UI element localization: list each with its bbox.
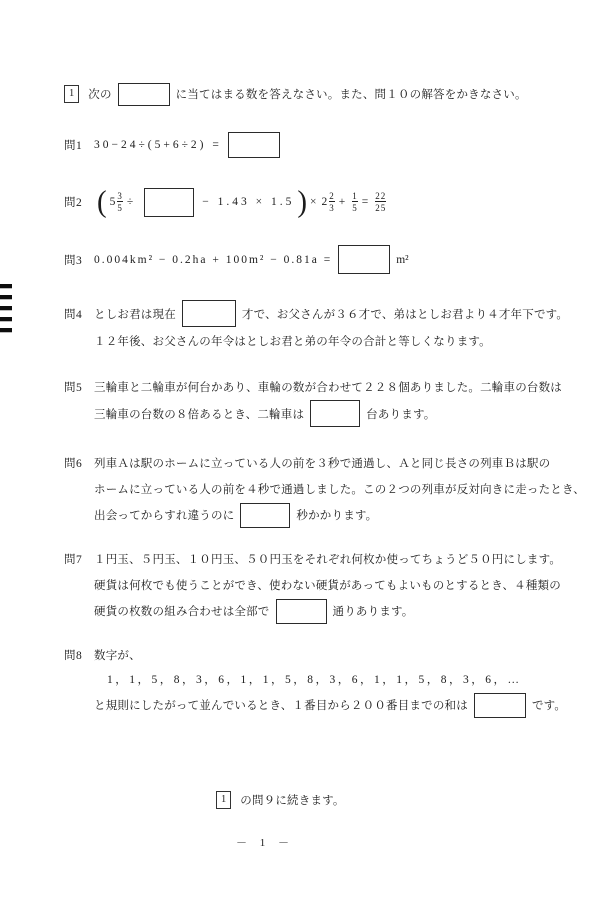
problem-line: 問7 １円玉、５円玉、１０円玉、５０円玉をそれぞれ何枚か使ってちょうど５０円にし… <box>64 546 590 572</box>
q8-number-sequence: 1，1，5，8，3，6，1，1，5，8，3，6，1，1，5，8，3，6，… <box>107 671 522 687</box>
continuation-text: の問９に続きます。 <box>240 792 344 808</box>
problem-label: 問2 <box>64 194 94 210</box>
problem-line: 出会ってからすれ違うのに 秒かかります。 <box>64 502 590 528</box>
problem-line: 問4 としお君は現在 才で、お父さんが３６才で、弟はとしお君より４才年下です。 <box>64 300 590 327</box>
q4-text-before-box: としお君は現在 <box>94 306 176 322</box>
answer-box-q5 <box>310 400 360 427</box>
q1-expression: 30−24÷(5+6÷2) = <box>94 139 222 151</box>
continuation-note: 1 の問９に続きます。 <box>216 791 345 809</box>
close-paren: ) <box>297 187 307 217</box>
q5-text-line1: 三輪車と二輪車が何台かあり、車輪の数が合わせて２２８個ありました。二輪車の台数は <box>94 379 562 395</box>
q6-text-line2: ホームに立っている人の前を４秒で通過しました。この２つの列車が反対向きに走ったと… <box>94 481 585 497</box>
problem-label: 問8 <box>64 647 94 663</box>
numerator: 22 <box>375 191 386 201</box>
problem-line: 硬貨の枚数の組み合わせは全部で 通りあります。 <box>64 598 590 624</box>
mixed-number: 2 2 3 <box>322 191 337 214</box>
problem-label: 問5 <box>64 379 94 395</box>
q8-text-line1: 数字が、 <box>94 647 141 663</box>
problem-label: 問1 <box>64 137 94 153</box>
q7-text-line1: １円玉、５円玉、１０円玉、５０円玉をそれぞれ何枚か使ってちょうど５０円にします。 <box>94 551 561 567</box>
exam-page: 1 次の に当てはまる数を答えなさい。また、問１０の解答をかきなさい。 問1 3… <box>0 0 600 900</box>
numerator: 3 <box>117 191 123 201</box>
problem-q8: 問8 数字が、 1，1，5，8，3，6，1，1，5，8，3，6，1，1，5，8，… <box>64 643 590 719</box>
problem-q7: 問7 １円玉、５円玉、１０円玉、５０円玉をそれぞれ何枚か使ってちょうど５０円にし… <box>64 546 590 624</box>
problem-label: 問4 <box>64 306 94 322</box>
problem-line: と規則にしたがって並んでいるとき、１番目から２００番目までの和は です。 <box>64 691 590 719</box>
fraction: 1 5 <box>352 191 358 214</box>
header-text-before: 次の <box>88 86 111 102</box>
page-number: － 1 － <box>0 834 530 850</box>
binding-mark-bar <box>0 284 12 288</box>
mixed-number: 5 3 5 <box>110 191 125 214</box>
binding-mark-bar <box>0 306 12 310</box>
answer-box-q8 <box>474 693 526 718</box>
problem-q2: 問2 ( 5 3 5 ÷ − 1.43 × 1.5 ) × 2 2 3 + <box>64 184 590 220</box>
problem-q6: 問6 列車Ａは駅のホームに立っている人の前を３秒で通過し、Ａと同じ長さの列車Ｂは… <box>64 450 590 528</box>
answer-box-q1 <box>228 132 280 158</box>
q6-text-line1: 列車Ａは駅のホームに立っている人の前を３秒で通過し、Ａと同じ長さの列車Ｂは駅の <box>94 455 550 471</box>
problem-label: 問3 <box>64 252 94 268</box>
problem-line: 1，1，5，8，3，6，1，1，5，8，3，6，1，1，5，8，3，6，… <box>64 667 590 691</box>
q3-expression: 0.004km² − 0.2ha + 100m² − 0.81a = <box>94 254 332 266</box>
q8-text-before-box: と規則にしたがって並んでいるとき、１番目から２００番目までの和は <box>94 697 468 713</box>
problem-line: 硬貨は何枚でも使うことができ、使わない硬貨があってもよいものとするとき、４種類の <box>64 572 590 598</box>
problem-line: 問1 30−24÷(5+6÷2) = <box>64 132 590 158</box>
denominator: 3 <box>329 201 335 213</box>
q7-text-after-box: 通りあります。 <box>333 603 414 619</box>
fraction-result: 22 25 <box>375 191 386 214</box>
denominator: 25 <box>375 201 386 213</box>
divide-operator: ÷ <box>127 196 136 208</box>
binding-mark-bar <box>0 317 12 321</box>
answer-box-q3 <box>338 245 390 274</box>
problem-line: １２年後、お父さんの年令はとしお君と弟の年令の合計と等しくなります。 <box>64 327 590 355</box>
whole-part: 5 <box>110 196 116 208</box>
q4-text-after-box: 才で、お父さんが３６才で、弟はとしお君より４才年下です。 <box>242 306 568 322</box>
problem-q4: 問4 としお君は現在 才で、お父さんが３６才で、弟はとしお君より４才年下です。 … <box>64 300 590 355</box>
q2-tail-expression: − 1.43 × 1.5 <box>202 196 294 208</box>
q8-text-after-box: です。 <box>532 697 566 713</box>
problem-q5: 問5 三輪車と二輪車が何台かあり、車輪の数が合わせて２２８個ありました。二輪車の… <box>64 374 590 427</box>
problem-line: 問5 三輪車と二輪車が何台かあり、車輪の数が合わせて２２８個ありました。二輪車の… <box>64 374 590 400</box>
numerator: 1 <box>352 191 358 201</box>
q6-text-before-box: 出会ってからすれ違うのに <box>94 507 234 523</box>
q3-unit: m² <box>396 254 408 266</box>
equals-operator: = <box>362 196 372 208</box>
binding-marks <box>0 284 12 339</box>
section-header: 1 次の に当てはまる数を答えなさい。また、問１０の解答をかきなさい。 <box>64 81 590 107</box>
binding-mark-bar <box>0 295 12 299</box>
problem-label: 問7 <box>64 551 94 567</box>
answer-box-q7 <box>276 599 327 624</box>
problem-label: 問6 <box>64 455 94 471</box>
fraction: 3 5 <box>117 191 123 214</box>
answer-box-q6 <box>240 503 290 528</box>
problem-line: 問3 0.004km² − 0.2ha + 100m² − 0.81a = m² <box>64 245 590 274</box>
header-text-after: に当てはまる数を答えなさい。また、問１０の解答をかきなさい。 <box>176 86 527 102</box>
q4-text-line2: １２年後、お父さんの年令はとしお君と弟の年令の合計と等しくなります。 <box>94 333 491 349</box>
problem-line: 問2 ( 5 3 5 ÷ − 1.43 × 1.5 ) × 2 2 3 + <box>64 184 590 220</box>
denominator: 5 <box>352 201 358 213</box>
plus-operator: + <box>339 196 349 208</box>
whole-part: 2 <box>322 196 328 208</box>
numerator: 2 <box>329 191 335 201</box>
q5-text-before-box: 三輪車の台数の８倍あるとき、二輪車は <box>94 406 304 422</box>
problem-q3: 問3 0.004km² − 0.2ha + 100m² − 0.81a = m² <box>64 245 590 274</box>
binding-mark-bar <box>0 328 12 332</box>
section-number-box: 1 <box>64 85 79 103</box>
fraction: 2 3 <box>329 191 335 214</box>
q7-text-before-box: 硬貨の枚数の組み合わせは全部で <box>94 603 270 619</box>
problem-line: 問8 数字が、 <box>64 643 590 667</box>
open-paren: ( <box>97 187 107 217</box>
q6-text-after-box: 秒かかります。 <box>296 507 377 523</box>
answer-box-q2 <box>144 188 194 217</box>
problem-line: ホームに立っている人の前を４秒で通過しました。この２つの列車が反対向きに走ったと… <box>64 476 590 502</box>
answer-box-q4 <box>182 300 236 327</box>
times-operator: × <box>310 196 320 208</box>
problem-q1: 問1 30−24÷(5+6÷2) = <box>64 132 590 158</box>
q7-text-line2: 硬貨は何枚でも使うことができ、使わない硬貨があってもよいものとするとき、４種類の <box>94 577 561 593</box>
denominator: 5 <box>117 201 123 213</box>
header-line: 1 次の に当てはまる数を答えなさい。また、問１０の解答をかきなさい。 <box>64 81 590 107</box>
q5-text-after-box: 台あります。 <box>366 406 435 422</box>
answer-blank-header <box>118 83 170 106</box>
problem-line: 三輪車の台数の８倍あるとき、二輪車は 台あります。 <box>64 400 590 427</box>
section-number-box: 1 <box>216 791 231 809</box>
problem-line: 問6 列車Ａは駅のホームに立っている人の前を３秒で通過し、Ａと同じ長さの列車Ｂは… <box>64 450 590 476</box>
